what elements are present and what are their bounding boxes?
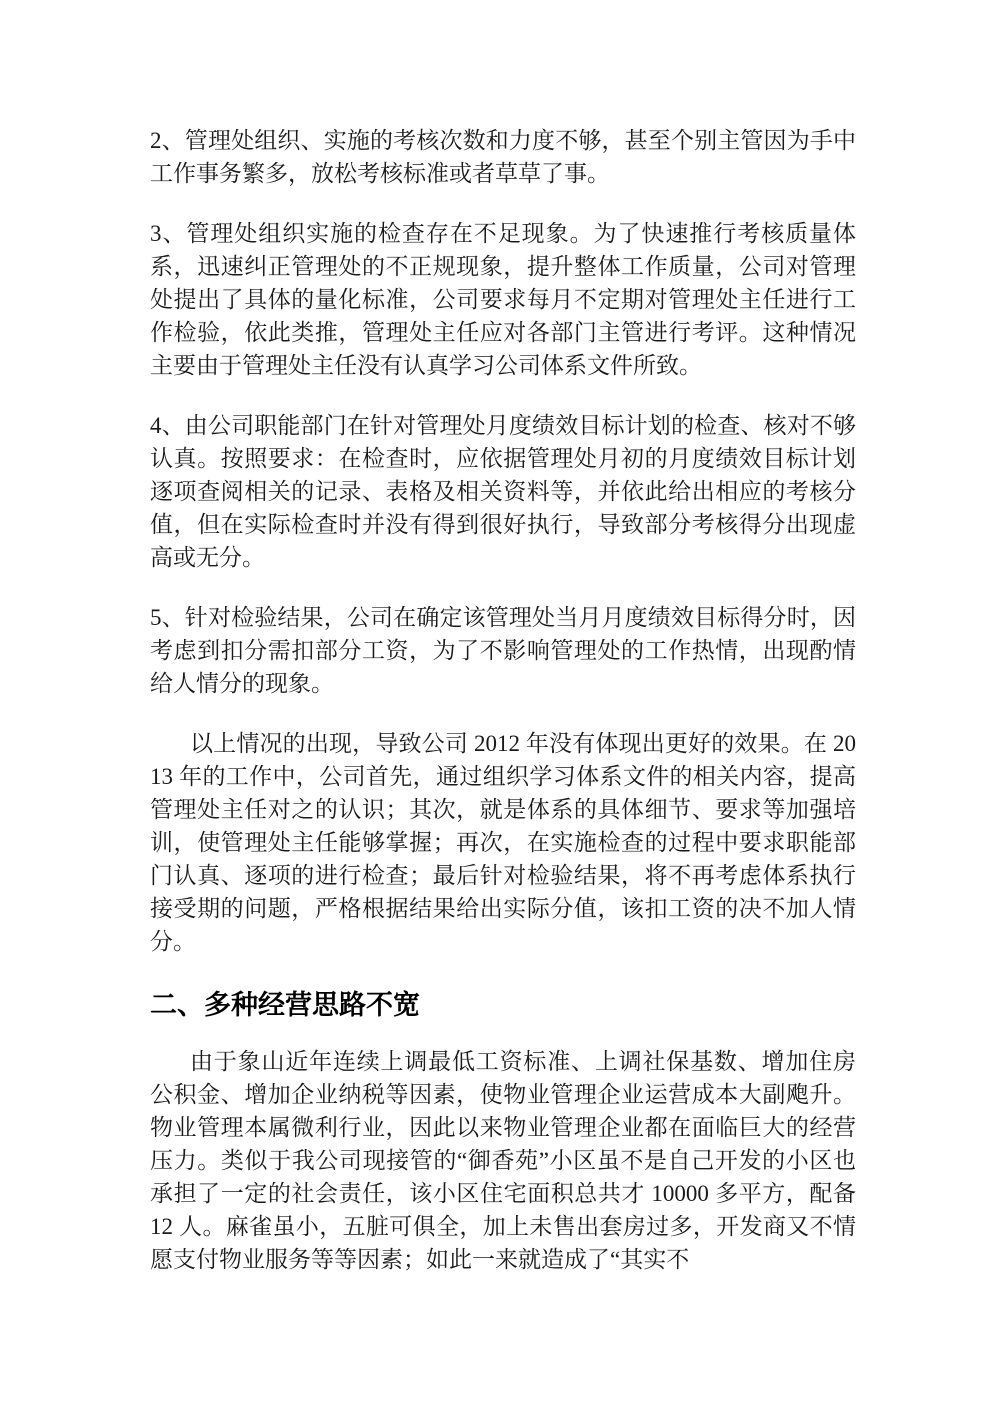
document-page: 2、管理处组织、实施的考核次数和力度不够，甚至个别主管因为手中工作事务繁多，放松… [0,0,1000,1415]
paragraph-item-2: 2、管理处组织、实施的考核次数和力度不够，甚至个别主管因为手中工作事务繁多，放松… [150,124,856,190]
paragraph-operations-cost: 由于象山近年连续上调最低工资标准、上调社保基数、增加住房公积金、增加企业纳税等因… [150,1045,856,1276]
paragraph-item-3: 3、管理处组织实施的检查存在不足现象。为了快速推行考核质量体系，迅速纠正管理处的… [150,217,856,382]
paragraph-item-5: 5、针对检验结果，公司在确定该管理处当月月度绩效目标得分时，因考虑到扣分需扣部分… [150,601,856,700]
paragraph-summary-2012: 以上情况的出现，导致公司 2012 年没有体现出更好的效果。在 2013 年的工… [150,727,856,958]
section-heading-multi-business: 二、多种经营思路不宽 [150,985,856,1025]
paragraph-item-4: 4、由公司职能部门在针对管理处月度绩效目标计划的检查、核对不够认真。按照要求：在… [150,409,856,574]
